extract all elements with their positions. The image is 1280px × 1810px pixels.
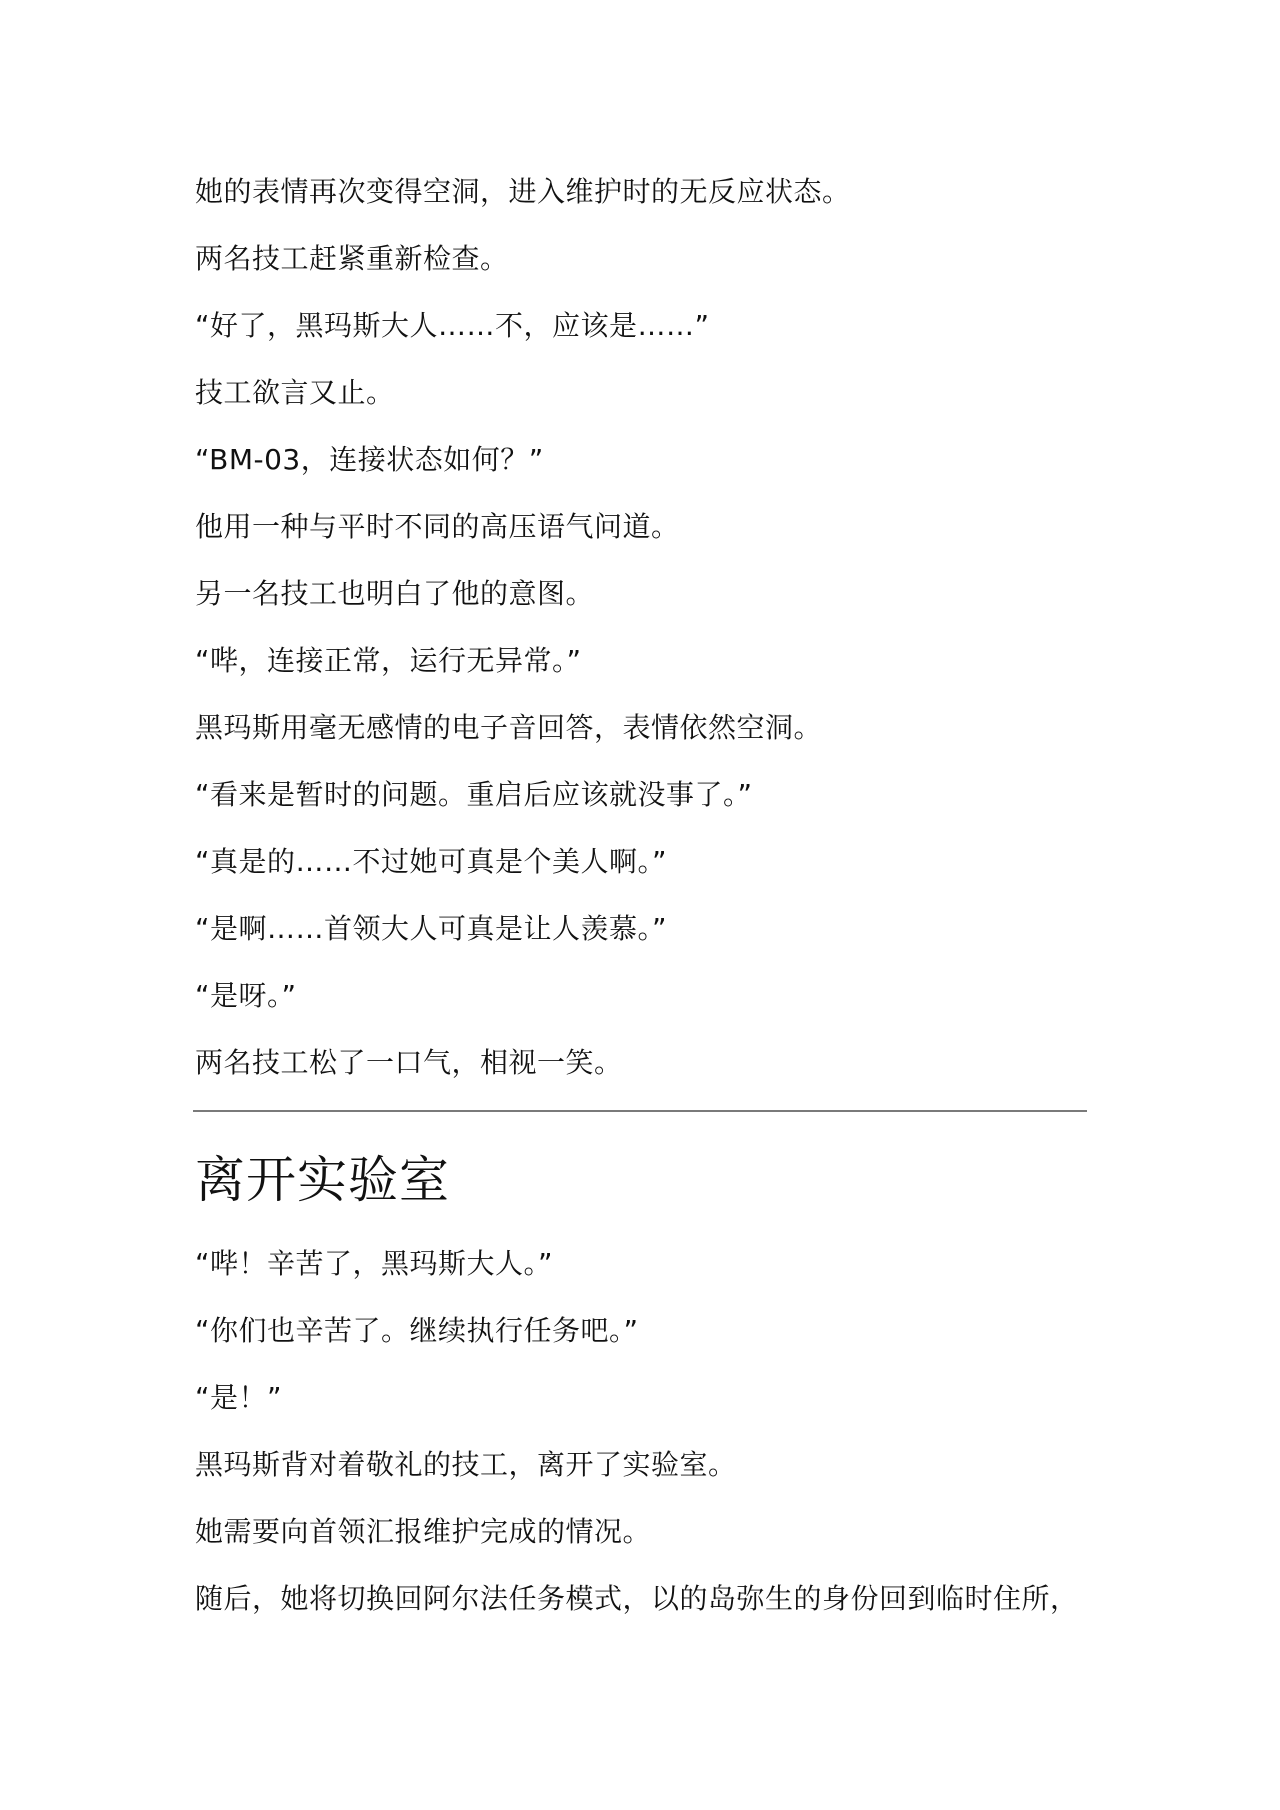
- paragraph: “BM-03，连接状态如何？”: [195, 426, 1087, 493]
- section-divider: [193, 1110, 1087, 1112]
- paragraph: 技工欲言又止。: [195, 359, 1087, 426]
- section-after-heading: “哔！辛苦了，黑玛斯大人。” “你们也辛苦了。继续执行任务吧。” “是！” 黑玛…: [195, 1230, 1087, 1632]
- paragraph: 黑玛斯背对着敬礼的技工，离开了实验室。: [195, 1431, 1087, 1498]
- section-heading: 离开实验室: [195, 1145, 450, 1215]
- section-before-divider: 她的表情再次变得空洞，进入维护时的无反应状态。 两名技工赶紧重新检查。 “好了，…: [195, 158, 1087, 1096]
- paragraph: 他用一种与平时不同的高压语气问道。: [195, 493, 1087, 560]
- paragraph: 她需要向首领汇报维护完成的情况。: [195, 1498, 1087, 1565]
- paragraph: “好了，黑玛斯大人……不，应该是……”: [195, 292, 1087, 359]
- paragraph: “是呀。”: [195, 962, 1087, 1029]
- paragraph: 她的表情再次变得空洞，进入维护时的无反应状态。: [195, 158, 1087, 225]
- paragraph: “哔，连接正常，运行无异常。”: [195, 627, 1087, 694]
- paragraph: “看来是暂时的问题。重启后应该就没事了。”: [195, 761, 1087, 828]
- paragraph: 黑玛斯用毫无感情的电子音回答，表情依然空洞。: [195, 694, 1087, 761]
- paragraph: “是！”: [195, 1364, 1087, 1431]
- paragraph: 两名技工赶紧重新检查。: [195, 225, 1087, 292]
- paragraph: 两名技工松了一口气，相视一笑。: [195, 1029, 1087, 1096]
- paragraph: “是啊……首领大人可真是让人羡慕。”: [195, 895, 1087, 962]
- paragraph: “你们也辛苦了。继续执行任务吧。”: [195, 1297, 1087, 1364]
- paragraph: “哔！辛苦了，黑玛斯大人。”: [195, 1230, 1087, 1297]
- paragraph: 随后，她将切换回阿尔法任务模式，以的岛弥生的身份回到临时住所，: [195, 1565, 1087, 1632]
- paragraph: 另一名技工也明白了他的意图。: [195, 560, 1087, 627]
- paragraph: “真是的……不过她可真是个美人啊。”: [195, 828, 1087, 895]
